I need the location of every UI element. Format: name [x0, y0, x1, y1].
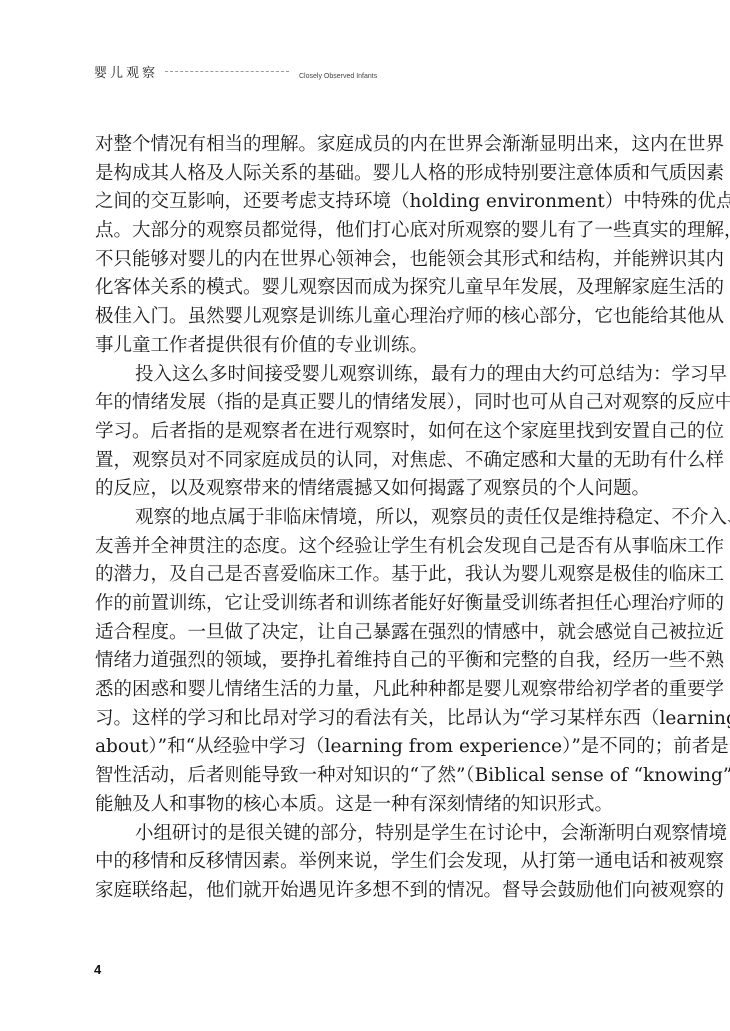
text-line: 悉的困惑和婴儿情绪生活的力量，凡此种种都是婴儿观察带给初学者的重要学 — [95, 676, 640, 705]
paragraph-first-line: 观察的地点属于非临床情境，所以，观察员的责任仅是维持稳定、不介入、 — [95, 504, 640, 533]
page-number: 4 — [94, 962, 101, 977]
text-line: 能触及人和事物的核心本质。这是一种有深刻情绪的知识形式。 — [95, 791, 640, 820]
text-line: 智性活动，后者则能导致一种对知识的“了然”（Biblical sense of … — [95, 762, 640, 791]
running-header-title: 婴儿观察 — [94, 62, 158, 81]
running-header-subtitle: Closely Observed Infants — [299, 73, 377, 80]
text-line: 作的前置训练，它让受训练者和训练者能好好衡量受训练者担任心理治疗师的 — [95, 590, 640, 619]
paragraph-first-line: 投入这么多时间接受婴儿观察训练，最有力的理由大约可总结为：学习早 — [95, 361, 640, 390]
text-line: 习。这样的学习和比昂对学习的看法有关，比昂认为“学习某样东西（learning — [95, 705, 640, 734]
text-line: 的反应，以及观察带来的情绪震撼又如何揭露了观察员的个人问题。 — [95, 475, 640, 504]
text-line: 置，观察员对不同家庭成员的认同，对焦虑、不确定感和大量的无助有什么样 — [95, 447, 640, 476]
text-line: 中的移情和反移情因素。举例来说，学生们会发现，从打第一通电话和被观察 — [95, 848, 640, 877]
book-page: 婴儿观察 Closely Observed Infants 对整个情况有相当的理… — [0, 0, 730, 1031]
text-line: about）”和“从经验中学习（learning from experience… — [95, 733, 640, 762]
text-line: 不只能够对婴儿的内在世界心领神会，也能领会其形式和结构，并能辨识其内 — [95, 246, 640, 275]
text-line: 友善并全神贯注的态度。这个经验让学生有机会发现自己是否有从事临床工作 — [95, 533, 640, 562]
text-line: 情绪力道强烈的领域，要挣扎着维持自己的平衡和完整的自我，经历一些不熟 — [95, 647, 640, 676]
header-dashed-rule — [165, 71, 289, 72]
text-line: 的潜力，及自己是否喜爱临床工作。基于此，我认为婴儿观察是极佳的临床工 — [95, 561, 640, 590]
text-line: 极佳入门。虽然婴儿观察是训练儿童心理治疗师的核心部分，它也能给其他从 — [95, 303, 640, 332]
text-line: 点。大部分的观察员都觉得，他们打心底对所观察的婴儿有了一些真实的理解， — [95, 217, 640, 246]
text-line: 对整个情况有相当的理解。家庭成员的内在世界会渐渐显明出来，这内在世界 — [95, 131, 640, 160]
text-line: 学习。后者指的是观察者在进行观察时，如何在这个家庭里找到安置自己的位 — [95, 418, 640, 447]
text-line: 家庭联络起，他们就开始遇见许多想不到的情况。督导会鼓励他们向被观察的 — [95, 877, 640, 906]
body-text: 对整个情况有相当的理解。家庭成员的内在世界会渐渐显明出来，这内在世界 是构成其人… — [95, 131, 640, 906]
text-line: 适合程度。一旦做了决定，让自己暴露在强烈的情感中，就会感觉自己被拉近 — [95, 619, 640, 648]
paragraph-first-line: 小组研讨的是很关键的部分，特别是学生在讨论中，会渐渐明白观察情境 — [95, 820, 640, 849]
text-line: 之间的交互影响，还要考虑支持环境（holding environment）中特殊… — [95, 188, 640, 217]
text-line: 年的情绪发展（指的是真正婴儿的情绪发展），同时也可从自己对观察的反应中 — [95, 389, 640, 418]
text-line: 是构成其人格及人际关系的基础。婴儿人格的形成特别要注意体质和气质因素 — [95, 160, 640, 189]
text-line: 事儿童工作者提供很有价值的专业训练。 — [95, 332, 640, 361]
text-line: 化客体关系的模式。婴儿观察因而成为探究儿童早年发展，及理解家庭生活的 — [95, 274, 640, 303]
